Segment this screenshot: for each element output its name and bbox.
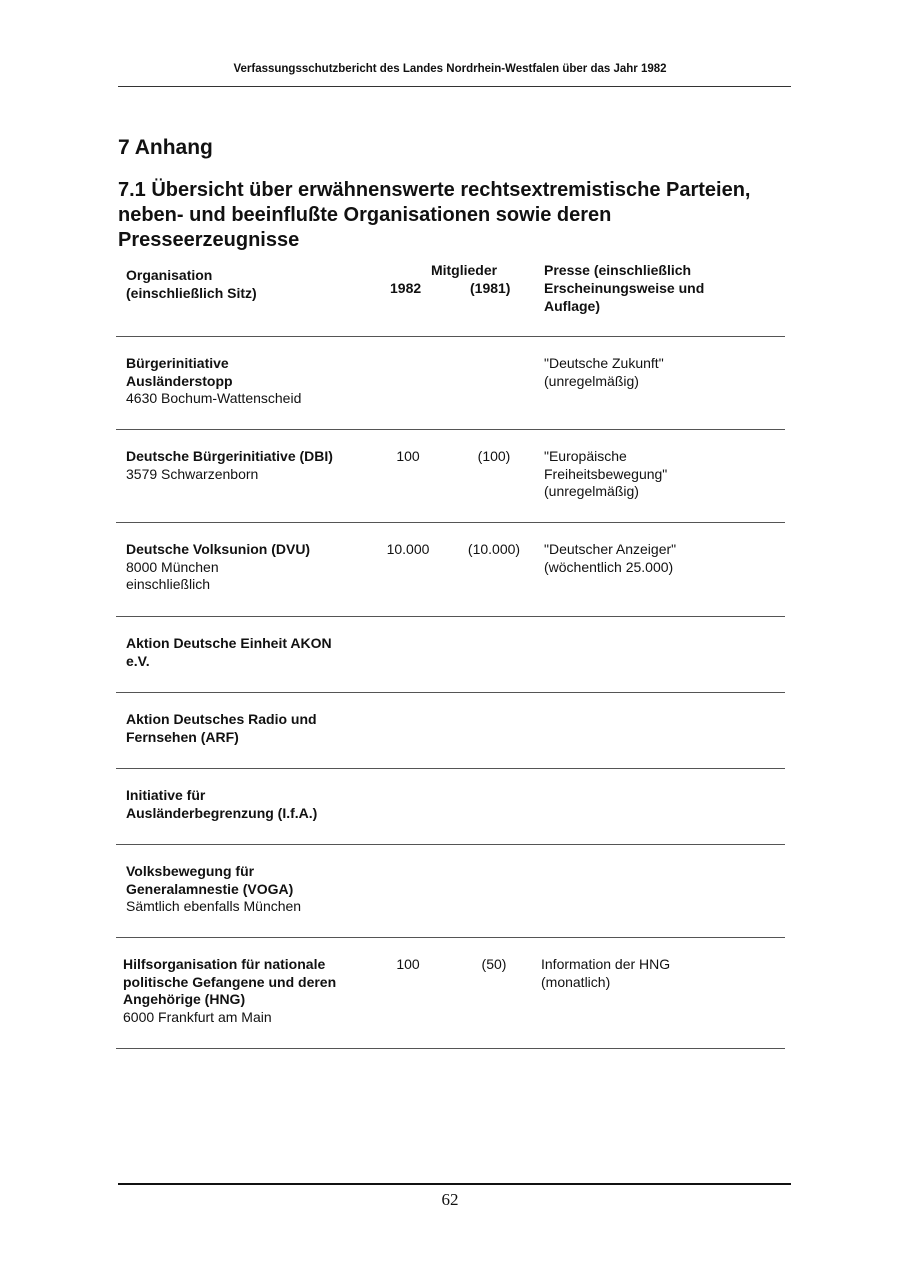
members-1981-cell: (100) [460,448,528,466]
column-header-1981: (1981) [470,279,510,297]
press-cell: "Europäische Freiheitsbewegung" (unregel… [544,448,774,501]
organisation-name: Deutsche Volksunion (DVU) [126,541,366,559]
table-row: Deutsche Bürgerinitiative (DBI)3579 Schw… [116,430,785,523]
header-rule [118,86,791,87]
organisation-cell: Aktion Deutsche Einheit AKON e.V. [126,635,366,670]
organisation-name: Initiative für Ausländerbegrenzung (I.f.… [126,787,366,822]
table-row: Initiative für Ausländerbegrenzung (I.f.… [116,769,785,845]
organisation-location: 3579 Schwarzenborn [126,466,366,484]
members-1982-cell: 10.000 [378,541,438,559]
footer-rule [118,1183,791,1185]
organisation-name: Deutsche Bürgerinitiative (DBI) [126,448,366,466]
organisation-cell: Deutsche Volksunion (DVU)8000 München ei… [126,541,366,594]
organisation-cell: Aktion Deutsches Radio und Fernsehen (AR… [126,711,366,746]
table-row: Aktion Deutsches Radio und Fernsehen (AR… [116,693,785,769]
members-1981-cell: (10.000) [460,541,528,559]
organisation-location: 6000 Frankfurt am Main [123,1009,363,1027]
members-1982-cell: 100 [378,448,438,466]
column-header-presse: Presse (einschließlich Erscheinungsweise… [544,261,744,315]
column-header-organisation: Organisation (einschließlich Sitz) [126,266,257,302]
press-cell: "Deutsche Zukunft" (unregelmäßig) [544,355,774,390]
section-heading: 7.1 Übersicht über erwähnenswerte rechts… [118,178,798,253]
press-cell: "Deutscher Anzeiger" (wöchentlich 25.000… [544,541,774,576]
page-number: 62 [0,1190,900,1210]
organisation-name: Aktion Deutsche Einheit AKON e.V. [126,635,366,670]
table-row: Bürgerinitiative Ausländerstopp4630 Boch… [116,337,785,430]
organisation-cell: Initiative für Ausländerbegrenzung (I.f.… [126,787,366,822]
chapter-heading: 7 Anhang [118,136,213,160]
running-header: Verfassungsschutzbericht des Landes Nord… [0,63,900,75]
column-header-mitglieder: Mitglieder [414,261,514,279]
press-cell: Information der HNG (monatlich) [541,956,771,991]
organisation-location: Sämtlich ebenfalls München [126,898,366,916]
organisation-name: Bürgerinitiative Ausländerstopp [126,355,366,390]
organisation-name: Volksbewegung für Generalamnestie (VOGA) [126,863,366,898]
table-header: Organisation (einschließlich Sitz) Mitgl… [116,260,785,337]
table-row: Aktion Deutsche Einheit AKON e.V. [116,617,785,693]
organisation-name: Hilfsorganisation für nationale politisc… [123,956,363,1009]
organisation-name: Aktion Deutsches Radio und Fernsehen (AR… [126,711,366,746]
organisation-location: 8000 München einschließlich [126,559,366,594]
table-row: Volksbewegung für Generalamnestie (VOGA)… [116,845,785,938]
organisation-location: 4630 Bochum-Wattenscheid [126,390,366,408]
members-1981-cell: (50) [460,956,528,974]
members-1982-cell: 100 [378,956,438,974]
table-row: Deutsche Volksunion (DVU)8000 München ei… [116,523,785,617]
organisation-cell: Volksbewegung für Generalamnestie (VOGA)… [126,863,366,916]
organisation-cell: Hilfsorganisation für nationale politisc… [123,956,363,1026]
organisation-cell: Bürgerinitiative Ausländerstopp4630 Boch… [126,355,366,408]
organisation-cell: Deutsche Bürgerinitiative (DBI)3579 Schw… [126,448,366,483]
column-header-1982: 1982 [390,279,421,297]
table-row: Hilfsorganisation für nationale politisc… [116,938,785,1049]
